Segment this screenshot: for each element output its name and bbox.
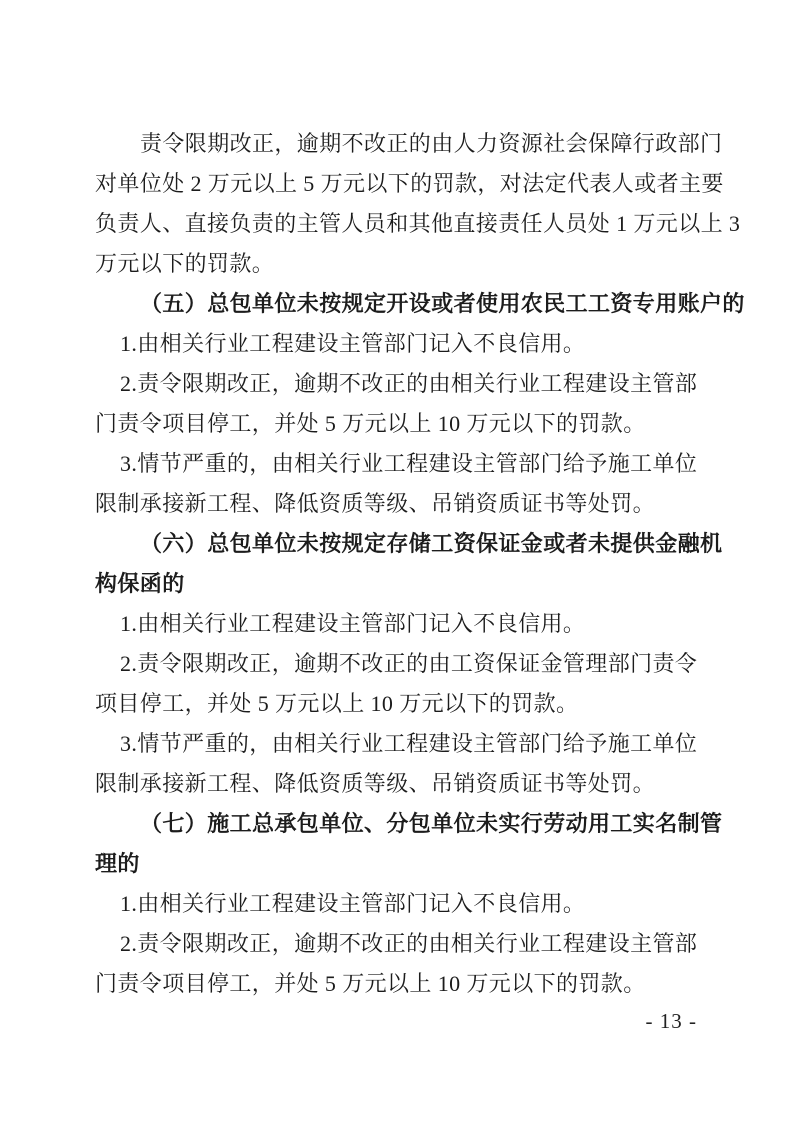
page-number: - 13 -	[646, 1008, 698, 1034]
numbered-item: 2.责令限期改正，逾期不改正的由相关行业工程建设主管部 门责令项目停工，并处 5…	[95, 364, 699, 444]
numbered-item: 1.由相关行业工程建设主管部门记入不良信用。	[95, 324, 699, 364]
page-body: 责令限期改正，逾期不改正的由人力资源社会保障行政部门 对单位处 2 万元以上 5…	[95, 124, 699, 1004]
section-heading-five: （五）总包单位未按规定开设或者使用农民工工资专用账户的	[95, 284, 699, 324]
numbered-item: 1.由相关行业工程建设主管部门记入不良信用。	[95, 604, 699, 644]
numbered-item: 1.由相关行业工程建设主管部门记入不良信用。	[95, 884, 699, 924]
section-heading-six: （六）总包单位未按规定存储工资保证金或者未提供金融机 构保函的	[95, 524, 699, 604]
section-heading-seven: （七）施工总承包单位、分包单位未实行劳动用工实名制管 理的	[95, 804, 699, 884]
numbered-item: 3.情节严重的，由相关行业工程建设主管部门给予施工单位 限制承接新工程、降低资质…	[95, 444, 699, 524]
numbered-item: 3.情节严重的，由相关行业工程建设主管部门给予施工单位 限制承接新工程、降低资质…	[95, 724, 699, 804]
document-page: 责令限期改正，逾期不改正的由人力资源社会保障行政部门 对单位处 2 万元以上 5…	[0, 0, 793, 1122]
numbered-item: 2.责令限期改正，逾期不改正的由相关行业工程建设主管部 门责令项目停工，并处 5…	[95, 924, 699, 1004]
body-paragraph: 责令限期改正，逾期不改正的由人力资源社会保障行政部门 对单位处 2 万元以上 5…	[95, 124, 699, 284]
numbered-item: 2.责令限期改正，逾期不改正的由工资保证金管理部门责令 项目停工，并处 5 万元…	[95, 644, 699, 724]
